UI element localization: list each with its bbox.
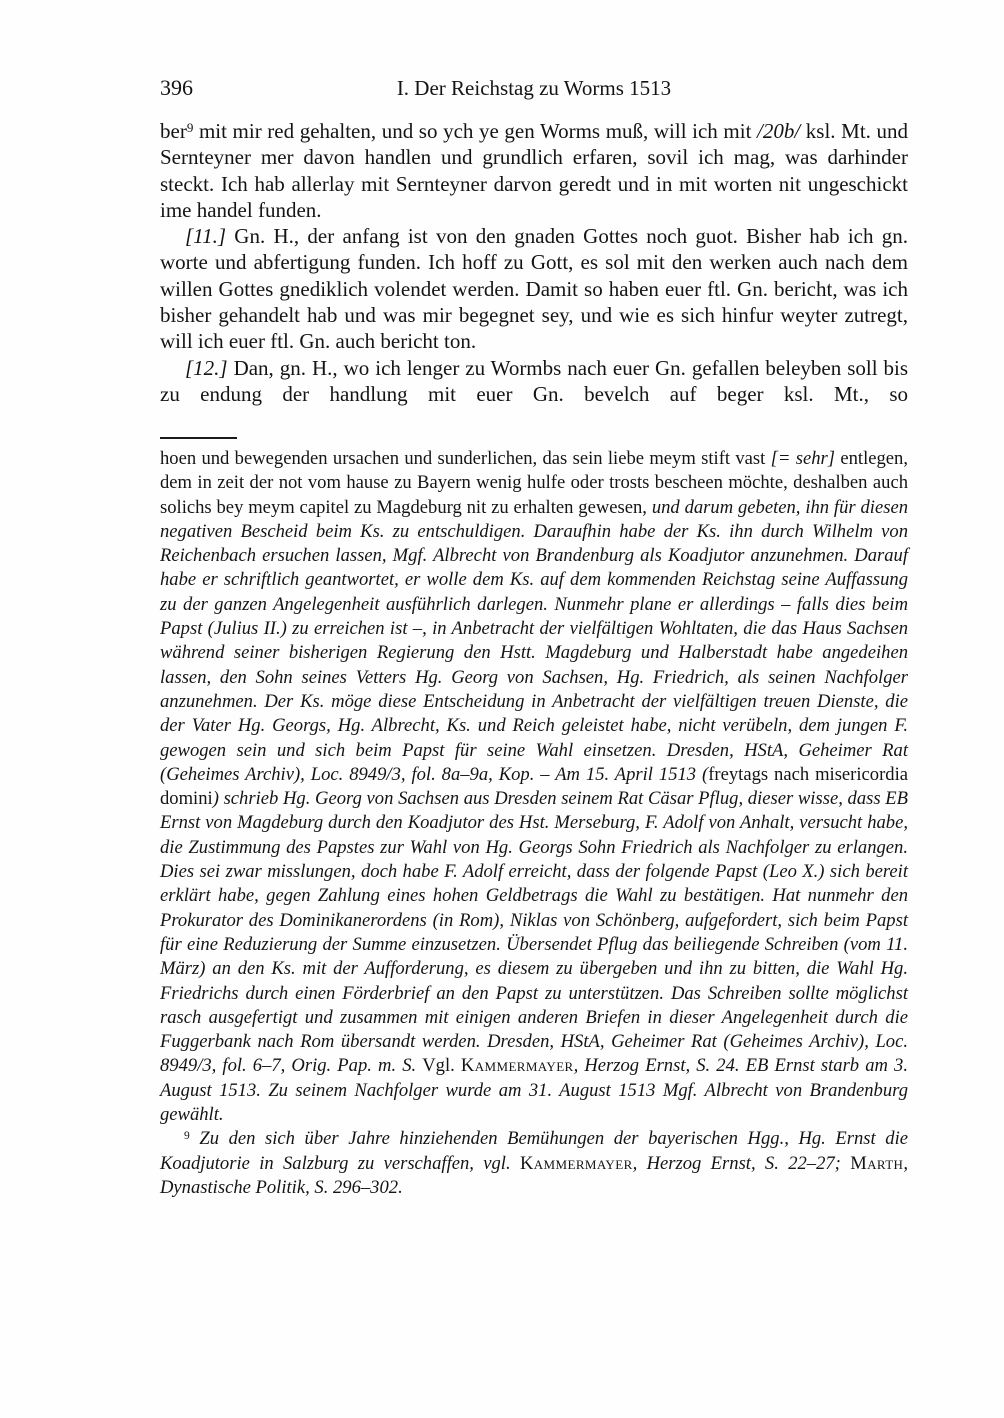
footnote-9: 9 Zu den sich über Jahre hinziehenden Be… [160,1127,908,1200]
paragraph-continued-from-previous-page: ber9 mit mir red gehalten, und so ych ye… [160,118,908,223]
text-run: ber [160,119,187,143]
text-run: und darum gebeten, ihn für diesen negati… [160,497,908,785]
running-title: I. Der Reichstag zu Worms 1513 [160,75,908,101]
text-run: ) schrieb Hg. Georg von Sachsen aus Dres… [160,788,908,1076]
text-run: mit mir red gehalten, und so ych ye gen … [193,119,757,143]
text-run: Marth [850,1153,903,1174]
footnote-reference: 9 [184,1130,190,1142]
footnote-text-block: hoen und bewegenden ursachen und sunderl… [160,447,908,1200]
text-run: [11.] [185,224,226,248]
text-run: [12.] [185,356,228,380]
text-run: Kammermayer [461,1055,574,1076]
book-page: 396 I. Der Reichstag zu Worms 1513 ber9 … [0,0,1004,1418]
footnote-separator-rule [160,437,237,439]
footnote-reference: 9 [187,120,194,135]
paragraph-11: [11.] Gn. H., der anfang ist von den gna… [160,223,908,354]
text-run: Gn. H., der anfang ist von den gnaden Go… [160,224,908,353]
text-run: Kammermayer [520,1153,633,1174]
page-header: 396 I. Der Reichstag zu Worms 1513 [160,75,908,105]
paragraph-12: [12.] Dan, gn. H., wo ich lenger zu Worm… [160,355,908,408]
footnote-8-continuation: hoen und bewegenden ursachen und sunderl… [160,447,908,1127]
text-run: Dan, gn. H., wo ich lenger zu Wormbs nac… [160,356,908,406]
text-run: , Herzog Ernst, S. 22–27; [633,1153,851,1174]
text-run: Vgl. [422,1055,461,1076]
page-number: 396 [160,75,193,101]
main-text-block: ber9 mit mir red gehalten, und so ych ye… [160,118,908,407]
text-run: [= sehr] [771,448,835,469]
text-run: /20b/ [757,119,800,143]
footnote-section: hoen und bewegenden ursachen und sunderl… [160,437,908,1200]
text-run: hoen und bewegenden ursachen und sunderl… [160,448,771,469]
